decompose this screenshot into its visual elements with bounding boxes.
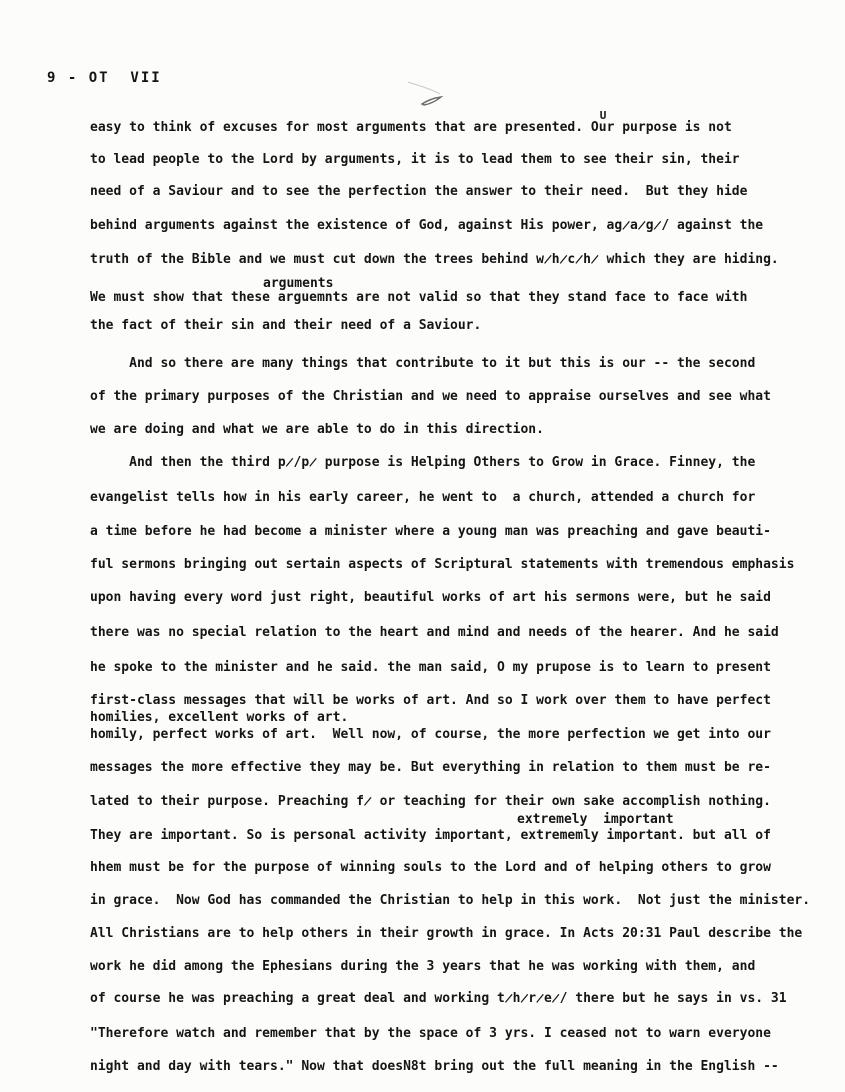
text-line: And then the third p̷/p̷ purpose is Help… [90,455,755,471]
text-line: "Therefore watch and remember that by th… [90,1026,771,1042]
text-line: first-class messages that will be works … [90,693,771,709]
text-line: ful sermons bringing out sertain aspects… [90,557,794,573]
text-line: he spoke to the minister and he said. th… [90,660,771,676]
inserted-letter: U [600,108,607,124]
text-line: work he did among the Ephesians during t… [90,959,755,975]
text-line: And so there are many things that contri… [90,356,755,372]
text-line: homily, perfect works of art. Well now, … [90,727,771,743]
inserted-correction-line: homilies, excellent works of art. [90,710,348,726]
line-text: easy to think of excuses for most argume… [90,120,599,135]
text-line: upon having every word just right, beaut… [90,590,771,606]
text-line: We must show that these arguemnts are no… [90,290,747,306]
text-line: of course he was preaching a great deal … [90,991,787,1007]
inserted-correction-line: extremely important [517,812,674,828]
text-line: need of a Saviour and to see the perfect… [90,184,747,200]
text-line: All Christians are to help others in the… [90,926,802,942]
text-line: They are important. So is personal activ… [90,828,771,844]
text-line: of the primary purposes of the Christian… [90,389,771,405]
overtype-correction: Uu [599,120,607,136]
document-page: 9 - OT VII easy to think of excuses for … [0,0,845,1092]
line-text: r purpose is not [607,120,732,135]
text-line: to lead people to the Lord by arguments,… [90,152,740,168]
text-line: in grace. Now God has commanded the Chri… [90,893,810,909]
text-line: we are doing and what we are able to do … [90,422,544,438]
text-line: the fact of their sin and their need of … [90,318,481,334]
text-line: a time before he had become a minister w… [90,524,771,540]
text-line: there was no special relation to the hea… [90,625,779,641]
text-line: evangelist tells how in his early career… [90,490,755,506]
text-line: lated to their purpose. Preaching f̷ or … [90,794,771,810]
text-line: night and day with tears." Now that does… [90,1059,779,1075]
page-number-header: 9 - OT VII [47,70,162,86]
text-line: behind arguments against the existence o… [90,218,763,234]
text-line: hhem must be for the purpose of winning … [90,860,771,876]
text-line: easy to think of excuses for most argume… [90,120,732,136]
text-line: truth of the Bible and we must cut down … [90,252,779,268]
pencil-mark [400,78,470,112]
text-line: messages the more effective they may be.… [90,760,771,776]
